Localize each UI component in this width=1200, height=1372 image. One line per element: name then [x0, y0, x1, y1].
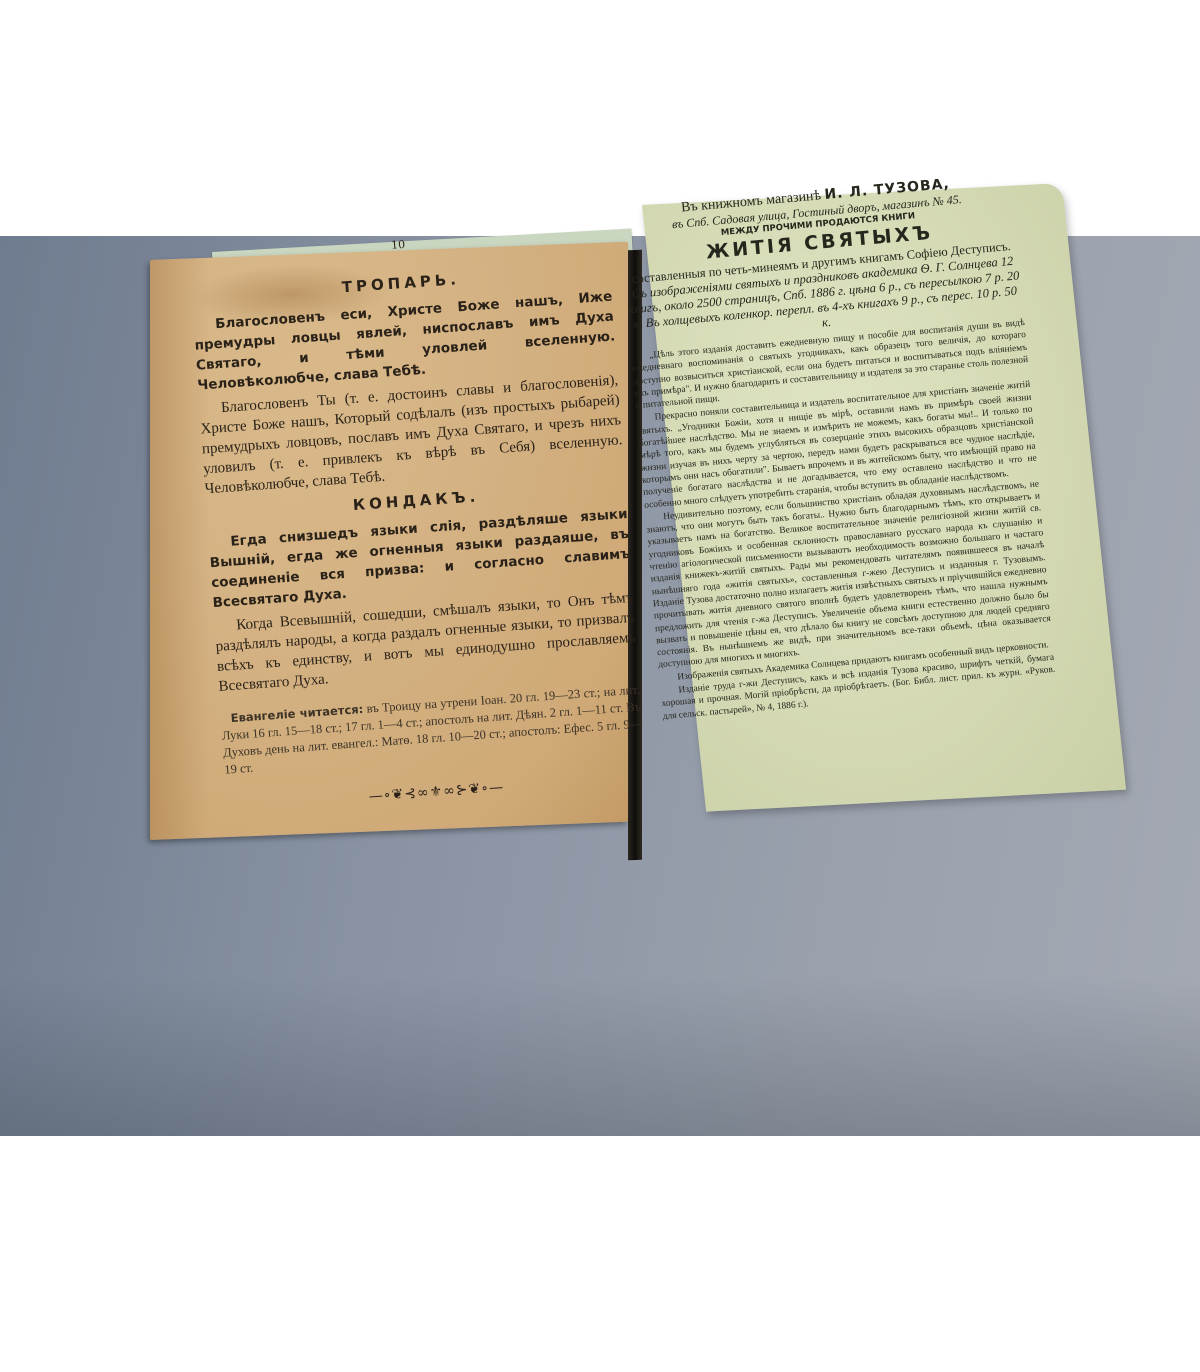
gospel-note-text: въ Троицу на утрени Іоан. 20 гл. 19—23 с… [221, 683, 642, 777]
gospel-note: Евангеліе читается: въ Троицу на утрени … [220, 682, 644, 779]
right-page-text: Въ книжномъ магазинѣ И. Л. ТУЗОВА, въ Сп… [618, 171, 1057, 723]
table-shadow [0, 976, 1200, 1136]
left-page-text: 10 ТРОПАРЬ. Благословенъ еси, Христе Бож… [188, 221, 647, 817]
